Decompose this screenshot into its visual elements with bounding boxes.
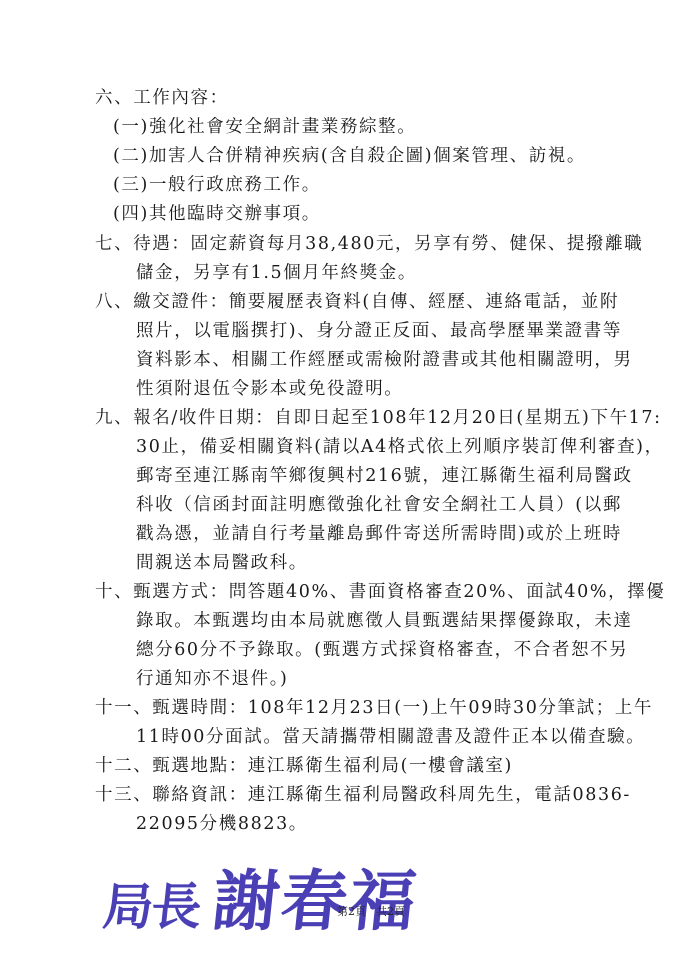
work-item-4: (四)其他臨時交辦事項。 <box>113 202 321 226</box>
section-salary-line-2: 儲金，另享有1.5個月年終獎金。 <box>136 261 417 285</box>
section-application-line-5: 戳為憑，並請自行考量離島郵件寄送所需時間)或於上班時 <box>136 522 622 546</box>
section-documents-line-4: 性須附退伍令影本或免役證明。 <box>136 377 403 401</box>
work-item-3: (三)一般行政庶務工作。 <box>113 173 321 197</box>
section-contact-line-2: 22095分機8823。 <box>136 812 308 836</box>
section-selection-method-line-4: 行通知亦不退件。) <box>136 667 288 691</box>
work-item-1: (一)強化社會安全網計畫業務綜整。 <box>113 115 416 139</box>
section-selection-method-line-3: 總分60分不予錄取。(甄選方式採資格審查，不合者恕不另 <box>136 638 628 662</box>
director-signature-stamp: 局長謝春福 <box>104 848 418 943</box>
section-application-line-6: 間親送本局醫政科。 <box>136 551 308 575</box>
section-application-line-4: 科收（信函封面註明應徵強化社會安全網社工人員）(以郵 <box>136 493 622 517</box>
section-application-line-1: 九、報名/收件日期：自即日起至108年12月20日(星期五)下午17: <box>95 406 662 430</box>
section-selection-location: 十二、甄選地點：連江縣衛生福利局(一樓會議室) <box>95 754 513 778</box>
page-number: 第2頁 <box>337 905 366 918</box>
stamp-title: 局長 <box>100 867 204 939</box>
page-total: 共2頁 <box>376 905 405 918</box>
section-application-line-3: 郵寄至連江縣南竿鄉復興村216號，連江縣衛生福利局醫政 <box>136 464 633 488</box>
section-documents-line-2: 照片，以電腦撰打)、身分證正反面、最高學歷畢業證書等 <box>136 319 622 343</box>
stamp-name: 謝春福 <box>209 848 423 943</box>
section-selection-time-line-1: 十一、甄選時間：108年12月23日(一)上午09時30分筆試；上午 <box>95 696 653 720</box>
work-item-2: (二)加害人合併精神疾病(含自殺企圖)個案管理、訪視。 <box>113 144 586 168</box>
section-selection-time-line-2: 11時00分面試。當天請攜帶相關證書及證件正本以備查驗。 <box>136 725 645 749</box>
section-application-line-2: 30止，備妥相關資料(請以A4格式依上列順序裝訂俾利審查)， <box>136 435 664 459</box>
section-contact-line-1: 十三、聯絡資訊：連江縣衛生福利局醫政科周先生，電話0836- <box>95 783 631 807</box>
section-documents-line-3: 資料影本、相關工作經歷或需檢附證書或其他相關證明，男 <box>136 348 633 372</box>
section-heading-work-content: 六、工作內容： <box>95 86 229 110</box>
section-documents-line-1: 八、繳交證件：簡要履歷表資料(自傳、經歷、連絡電話，並附 <box>95 290 619 314</box>
section-selection-method-line-1: 十、甄選方式：問答題40%、書面資格審查20%、面試40%，擇優 <box>95 580 665 604</box>
section-salary-line-1: 七、待遇：固定薪資每月38,480元，另享有勞、健保、提撥離職 <box>95 232 643 256</box>
section-selection-method-line-2: 錄取。本甄選均由本局就應徵人員甄選結果擇優錄取，未達 <box>136 609 633 633</box>
document-page: 六、工作內容： (一)強化社會安全網計畫業務綜整。 (二)加害人合併精神疾病(含… <box>0 0 680 962</box>
page-footer: 第2頁共2頁 <box>337 903 405 919</box>
